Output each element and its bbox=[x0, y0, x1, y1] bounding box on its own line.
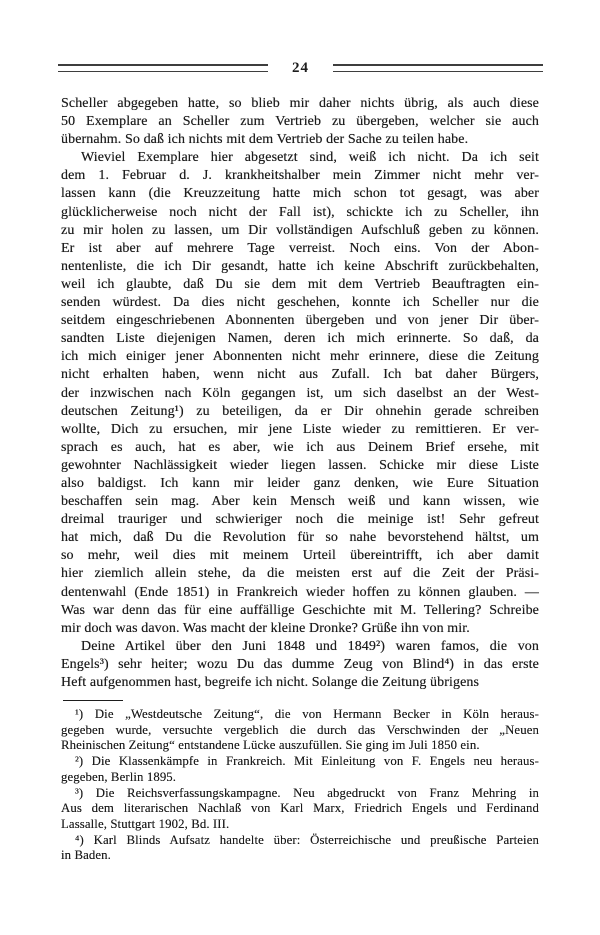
text-line: nicht erhalten haben, wenn nicht aus Zuf… bbox=[61, 366, 539, 384]
text-line: beschaffen sein mag. Aber kein Mensch we… bbox=[61, 493, 539, 511]
book-page: 24 Scheller abgegeben hatte, so blieb mi… bbox=[0, 0, 600, 935]
paragraph: Wieviel Exemplare hier abgesetzt sind, w… bbox=[61, 149, 539, 638]
text-line: hat mich, daß Du die Revolution für so n… bbox=[61, 529, 539, 547]
text-line: sprach es auch, hat es aber, wie ich aus… bbox=[61, 439, 539, 457]
text-line: ¹) Die „Westdeutsche Zeitung“, die von H… bbox=[61, 707, 539, 723]
paragraph: Scheller abgegeben hatte, so blieb mir d… bbox=[61, 95, 539, 149]
footnote: ³) Die Reichsverfassungskampagne. Neu ab… bbox=[61, 786, 539, 833]
footnote-separator bbox=[63, 700, 123, 701]
footnote: ¹) Die „Westdeutsche Zeitung“, die von H… bbox=[61, 707, 539, 754]
letter-body: Scheller abgegeben hatte, so blieb mir d… bbox=[61, 95, 539, 692]
text-line: ²) Die Klassenkämpfe in Frankreich. Mit … bbox=[61, 754, 539, 770]
text-line: Was war denn das für eine auffällige Ges… bbox=[61, 602, 539, 620]
footnote: ⁴) Karl Blinds Aufsatz handelte über: Ös… bbox=[61, 833, 539, 864]
text-line: sandten Liste diejenigen Namen, deren ic… bbox=[61, 330, 539, 348]
text-line: gegeben wurde, versuchte vergeblich die … bbox=[61, 723, 539, 739]
text-line: glücklicherweise noch nicht der Fall ist… bbox=[61, 204, 539, 222]
text-line: nentenliste, die ich Dir gesandt, hatte … bbox=[61, 258, 539, 276]
paragraph: Deine Artikel über den Juni 1848 und 184… bbox=[61, 638, 539, 692]
text-line: Engels³) sehr heiter; wozu Du das dumme … bbox=[61, 656, 539, 674]
text-line: Wieviel Exemplare hier abgesetzt sind, w… bbox=[61, 149, 539, 167]
text-line: mir doch was davon. Was macht der kleine… bbox=[61, 620, 539, 638]
text-line: übernahm. So daß ich nichts mit dem Vert… bbox=[61, 131, 539, 149]
text-line: dem 1. Februar d. J. krankheitshalber me… bbox=[61, 167, 539, 185]
header-rule-left bbox=[58, 64, 268, 72]
text-line: Lassalle, Stuttgart 1902, Bd. III. bbox=[61, 817, 539, 833]
text-line: senden würdest. Da dies nicht geschehen,… bbox=[61, 294, 539, 312]
text-line: Heft aufgenommen hast, begreife ich nich… bbox=[61, 674, 539, 692]
footnotes: ¹) Die „Westdeutsche Zeitung“, die von H… bbox=[61, 707, 539, 864]
text-line: Er ist aber auf mehrere Tage verreist. N… bbox=[61, 240, 539, 258]
text-line: gewohnter Nachlässigkeit wieder liegen l… bbox=[61, 457, 539, 475]
text-line: weil ich glaubte, daß Du sie dem mit dem… bbox=[61, 276, 539, 294]
text-line: Rheinischen Zeitung“ entstandene Lücke a… bbox=[61, 738, 539, 754]
text-line: ³) Die Reichsverfassungskampagne. Neu ab… bbox=[61, 786, 539, 802]
text-line: lassen kann (die Kreuzzeitung hatte mich… bbox=[61, 185, 539, 203]
text-line: 50 Exemplare an Scheller zum Vertrieb zu… bbox=[61, 113, 539, 131]
text-line: seitdem eingeschriebenen Abonnenten über… bbox=[61, 312, 539, 330]
text-line: also baldigst. Ich kann mir leider ganz … bbox=[61, 475, 539, 493]
text-line: gegeben, Berlin 1895. bbox=[61, 770, 539, 786]
text-line: in Baden. bbox=[61, 848, 539, 864]
text-line: wollte, Dich zu ersuchen, mir jene Liste… bbox=[61, 421, 539, 439]
text-line: deutschen Zeitung¹) zu beteiligen, da er… bbox=[61, 403, 539, 421]
page-number: 24 bbox=[268, 60, 333, 77]
text-line: dreimal trauriger und schwieriger noch d… bbox=[61, 511, 539, 529]
text-line: ich mich einiger jener Abonnenten nicht … bbox=[61, 348, 539, 366]
text-line: Scheller abgegeben hatte, so blieb mir d… bbox=[61, 95, 539, 113]
text-line: dentenwahl (Ende 1851) in Frankreich wie… bbox=[61, 584, 539, 602]
text-line: Deine Artikel über den Juni 1848 und 184… bbox=[61, 638, 539, 656]
header-rule-right bbox=[333, 64, 543, 72]
text-line: zu mir holen zu lassen, um Dir vollständ… bbox=[61, 222, 539, 240]
footnote: ²) Die Klassenkämpfe in Frankreich. Mit … bbox=[61, 754, 539, 785]
text-line: ⁴) Karl Blinds Aufsatz handelte über: Ös… bbox=[61, 833, 539, 849]
text-line: hier ziemlich allein stehe, da die meist… bbox=[61, 565, 539, 583]
text-line: so mehr, weil dies mit meinem Urteil übe… bbox=[61, 547, 539, 565]
text-line: Aus dem literarischen Nachlaß von Karl M… bbox=[61, 801, 539, 817]
text-line: der inzwischen nach Köln gegangen ist, u… bbox=[61, 385, 539, 403]
page-header: 24 bbox=[58, 59, 543, 76]
